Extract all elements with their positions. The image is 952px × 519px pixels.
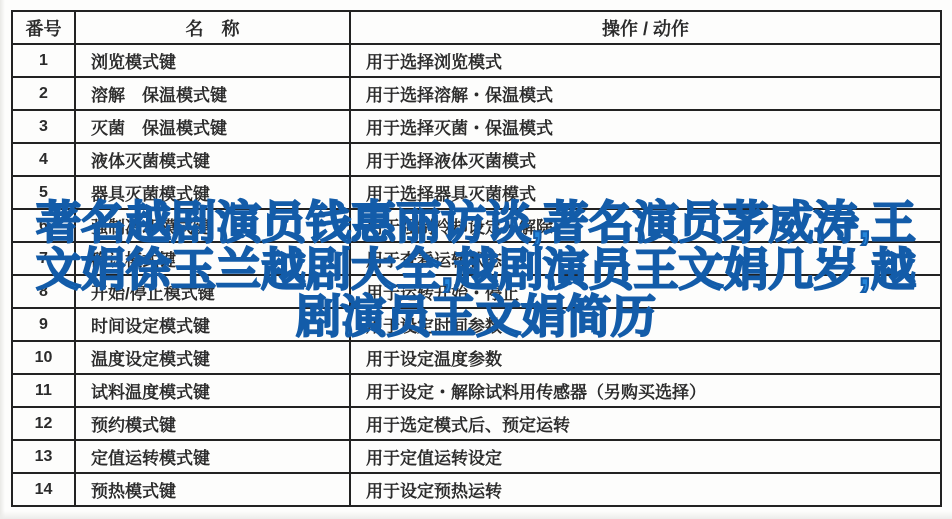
table-row: 10 温度设定模式键 用于设定温度参数	[12, 341, 941, 374]
cell-name: 试料温度模式键	[75, 374, 350, 407]
table-row: 5 器具灭菌模式键 用于选择器具灭菌模式	[12, 176, 941, 209]
cell-number: 6	[12, 209, 75, 242]
cell-action: 用于选择灭菌・保温模式	[350, 110, 941, 143]
table-row: 1 浏览模式键 用于选择浏览模式	[12, 44, 941, 77]
cell-number: 8	[12, 275, 75, 308]
cell-name: 器具灭菌模式键	[75, 176, 350, 209]
cell-name: 强制冷却模式键	[75, 209, 350, 242]
table-row: 8 开始/停止模式键 用于运转开始・停止	[12, 275, 941, 308]
table-row: 6 强制冷却模式键 用于强制冷却设定・解除	[12, 209, 941, 242]
cell-name: 预约模式键	[75, 407, 350, 440]
header-action: 操作 / 动作	[350, 11, 941, 44]
table-row: 7 确认模式键 用于查看运转状态	[12, 242, 941, 275]
cell-number: 1	[12, 44, 75, 77]
cell-action: 用于运转开始・停止	[350, 275, 941, 308]
cell-name: 溶解 保温模式键	[75, 77, 350, 110]
cell-action: 用于设定・解除试料用传感器（另购买选择）	[350, 374, 941, 407]
scanned-manual-page: 番号 名 称 操作 / 动作 1 浏览模式键 用于选择浏览模式 2 溶解 保温模…	[0, 0, 952, 519]
cell-number: 13	[12, 440, 75, 473]
cell-action: 用于选择器具灭菌模式	[350, 176, 941, 209]
header-name: 名 称	[75, 11, 350, 44]
cell-action: 用于定值运转设定	[350, 440, 941, 473]
table-row: 13 定值运转模式键 用于定值运转设定	[12, 440, 941, 473]
cell-number: 9	[12, 308, 75, 341]
cell-action: 用于设定时间参数	[350, 308, 941, 341]
cell-action: 用于选择液体灭菌模式	[350, 143, 941, 176]
cell-name: 开始/停止模式键	[75, 275, 350, 308]
cell-name: 定值运转模式键	[75, 440, 350, 473]
table-row: 14 预热模式键 用于设定预热运转	[12, 473, 941, 506]
cell-name: 温度设定模式键	[75, 341, 350, 374]
cell-number: 4	[12, 143, 75, 176]
cell-number: 12	[12, 407, 75, 440]
cell-action: 用于强制冷却设定・解除	[350, 209, 941, 242]
table-header-row: 番号 名 称 操作 / 动作	[12, 11, 941, 44]
cell-number: 2	[12, 77, 75, 110]
cell-name: 确认模式键	[75, 242, 350, 275]
cell-action: 用于设定预热运转	[350, 473, 941, 506]
header-number: 番号	[12, 11, 75, 44]
cell-name: 浏览模式键	[75, 44, 350, 77]
cell-name: 液体灭菌模式键	[75, 143, 350, 176]
cell-number: 7	[12, 242, 75, 275]
table-row: 9 时间设定模式键 用于设定时间参数	[12, 308, 941, 341]
cell-number: 3	[12, 110, 75, 143]
cell-number: 11	[12, 374, 75, 407]
table-row: 11 试料温度模式键 用于设定・解除试料用传感器（另购买选择）	[12, 374, 941, 407]
table-row: 4 液体灭菌模式键 用于选择液体灭菌模式	[12, 143, 941, 176]
cell-action: 用于查看运转状态	[350, 242, 941, 275]
cell-number: 5	[12, 176, 75, 209]
cell-action: 用于选定模式后、预定运转	[350, 407, 941, 440]
cell-name: 灭菌 保温模式键	[75, 110, 350, 143]
cell-name: 预热模式键	[75, 473, 350, 506]
cell-action: 用于选择浏览模式	[350, 44, 941, 77]
cell-number: 10	[12, 341, 75, 374]
table-row: 3 灭菌 保温模式键 用于选择灭菌・保温模式	[12, 110, 941, 143]
cell-action: 用于选择溶解・保温模式	[350, 77, 941, 110]
cell-action: 用于设定温度参数	[350, 341, 941, 374]
cell-name: 时间设定模式键	[75, 308, 350, 341]
table-row: 2 溶解 保温模式键 用于选择溶解・保温模式	[12, 77, 941, 110]
mode-key-table: 番号 名 称 操作 / 动作 1 浏览模式键 用于选择浏览模式 2 溶解 保温模…	[11, 10, 942, 507]
cell-number: 14	[12, 473, 75, 506]
table-row: 12 预约模式键 用于选定模式后、预定运转	[12, 407, 941, 440]
